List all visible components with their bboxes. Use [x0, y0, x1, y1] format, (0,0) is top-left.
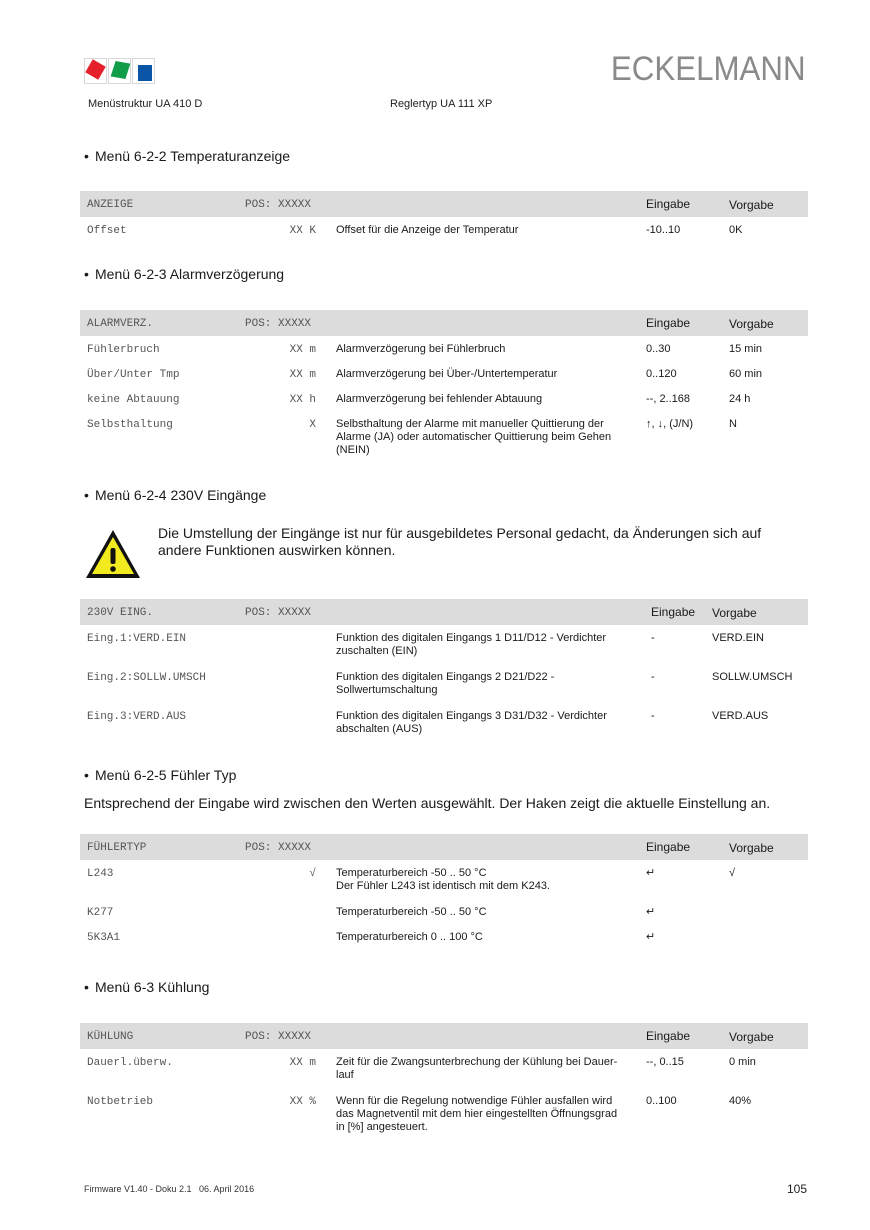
row-parameter-name: Offset: [87, 225, 127, 237]
row-vorgabe: VERD.AUS: [712, 710, 768, 722]
table-header: ALARMVERZ. POS: XXXXX Eingabe Vorgabe: [80, 310, 808, 336]
page-number: 105: [787, 1182, 807, 1196]
row-parameter-name: Dauerl.überw.: [87, 1057, 173, 1069]
header-position: POS: XXXXX: [245, 842, 311, 854]
row-description: Alarmverzögerung bei fehlender Abtauung: [336, 393, 626, 406]
table-header: KÜHLUNG POS: XXXXX Eingabe Vorgabe: [80, 1023, 808, 1049]
row-unit: XX %: [290, 1096, 316, 1108]
header-vorgabe: Vorgabe: [729, 1030, 774, 1044]
section-heading-6-2-5: •Menü 6-2-5 Fühler Typ: [84, 767, 236, 783]
table-header: 230V EING. POS: XXXXX Eingabe Vorgabe: [80, 599, 808, 625]
table-row: OffsetXX KOffset für die Anzeige der Tem…: [80, 217, 808, 242]
bullet-icon: •: [84, 767, 95, 783]
row-parameter-name: Notbetrieb: [87, 1096, 153, 1108]
row-eingabe: 0..120: [646, 368, 706, 381]
row-unit: XX m: [290, 344, 316, 356]
warning-icon: [84, 528, 142, 580]
eckelmann-logo-mark: [84, 58, 156, 84]
header-menu-name: ANZEIGE: [87, 199, 133, 211]
table-fuehlertyp: FÜHLERTYP POS: XXXXX Eingabe Vorgabe L24…: [80, 834, 808, 949]
row-description: Funktion des digitalen Eingangs 2 D21/D2…: [336, 671, 626, 697]
row-description: Funktion des digitalen Eingangs 1 D11/D1…: [336, 632, 626, 658]
row-eingabe: ↑, ↓, (J/N): [646, 418, 706, 431]
header-eingabe: Eingabe: [651, 606, 695, 619]
row-eingabe: 0..30: [646, 343, 706, 356]
table-header: ANZEIGE POS: XXXXX Eingabe Vorgabe: [80, 191, 808, 217]
section-heading-6-2-2: •Menü 6-2-2 Temperaturanzeige: [84, 148, 290, 164]
row-description: Funktion des digitalen Eingangs 3 D31/D3…: [336, 710, 626, 736]
row-vorgabe: VERD.EIN: [712, 632, 764, 644]
row-vorgabe: 15 min: [729, 343, 762, 355]
table-row: L243√Temperaturbereich -50 .. 50 °C Der …: [80, 860, 808, 899]
header-position: POS: XXXXX: [245, 199, 311, 211]
header-vorgabe: Vorgabe: [712, 606, 757, 620]
row-description: Wenn für die Regelung notwendige Fühler …: [336, 1095, 626, 1134]
brand-wordmark: ECKELMANN: [611, 50, 806, 89]
section-title: Menü 6-2-3 Alarmverzögerung: [95, 266, 284, 282]
row-vorgabe: N: [729, 418, 737, 430]
section-heading-6-3: •Menü 6-3 Kühlung: [84, 979, 209, 995]
row-eingabe: ↵: [646, 931, 706, 944]
bullet-icon: •: [84, 979, 95, 995]
row-unit: X: [309, 419, 316, 431]
section-heading-6-2-4: •Menü 6-2-4 230V Eingänge: [84, 487, 266, 503]
row-parameter-name: K277: [87, 907, 113, 919]
row-eingabe: --, 2..168: [646, 393, 706, 406]
row-description: Temperaturbereich -50 .. 50 °C: [336, 906, 626, 919]
footer-version: Firmware V1.40 - Doku 2.1 06. April 2016: [84, 1184, 254, 1194]
row-parameter-name: Selbsthaltung: [87, 419, 173, 431]
header-position: POS: XXXXX: [245, 318, 311, 330]
table-temperaturanzeige: ANZEIGE POS: XXXXX Eingabe Vorgabe Offse…: [80, 191, 808, 242]
row-unit: XX m: [290, 369, 316, 381]
table-row: FühlerbruchXX mAlarmverzögerung bei Fühl…: [80, 336, 808, 361]
row-vorgabe: 0 min: [729, 1056, 756, 1068]
row-description: Temperaturbereich 0 .. 100 °C: [336, 931, 626, 944]
table-row: NotbetriebXX %Wenn für die Regelung notw…: [80, 1088, 808, 1138]
header-menu-name: FÜHLERTYP: [87, 842, 146, 854]
header-eingabe: Eingabe: [646, 317, 690, 330]
table-row: Dauerl.überw.XX mZeit für die Zwangsunte…: [80, 1049, 808, 1088]
logo-red-tile: [84, 58, 107, 84]
header-menu-name: KÜHLUNG: [87, 1031, 133, 1043]
table-header: FÜHLERTYP POS: XXXXX Eingabe Vorgabe: [80, 834, 808, 860]
header-menu-name: ALARMVERZ.: [87, 318, 153, 330]
header-position: POS: XXXXX: [245, 1031, 311, 1043]
header-vorgabe: Vorgabe: [729, 317, 774, 331]
table-row: Eing.1:VERD.EINFunktion des digitalen Ei…: [80, 625, 808, 664]
section-intro-text: Entsprechend der Eingabe wird zwischen d…: [84, 795, 770, 811]
row-eingabe: -: [651, 671, 655, 684]
logo-blue-tile: [132, 58, 155, 84]
header-document-title: Menüstruktur UA 410 D: [88, 98, 202, 110]
header-controller-type: Reglertyp UA 111 XP: [390, 98, 492, 110]
row-eingabe: 0..100: [646, 1095, 706, 1108]
table-kuehlung: KÜHLUNG POS: XXXXX Eingabe Vorgabe Dauer…: [80, 1023, 808, 1138]
row-description: Zeit für die Zwangsunterbrechung der Küh…: [336, 1056, 626, 1082]
section-title: Menü 6-2-4 230V Eingänge: [95, 487, 266, 503]
row-parameter-name: Fühlerbruch: [87, 344, 160, 356]
row-eingabe: -: [651, 632, 655, 645]
row-unit: √: [309, 868, 316, 880]
row-parameter-name: Über/Unter Tmp: [87, 369, 179, 381]
row-parameter-name: keine Abtauung: [87, 394, 179, 406]
header-vorgabe: Vorgabe: [729, 841, 774, 855]
header-eingabe: Eingabe: [646, 198, 690, 211]
table-row: Über/Unter TmpXX mAlarmverzögerung bei Ü…: [80, 361, 808, 386]
row-description: Offset für die Anzeige der Temperatur: [336, 224, 626, 237]
table-alarmverzoegerung: ALARMVERZ. POS: XXXXX Eingabe Vorgabe Fü…: [80, 310, 808, 461]
row-description: Alarmverzögerung bei Über-/Untertemperat…: [336, 368, 626, 381]
row-vorgabe: SOLLW.UMSCH: [712, 671, 792, 683]
row-eingabe: --, 0..15: [646, 1056, 706, 1069]
section-title: Menü 6-2-2 Temperaturanzeige: [95, 148, 290, 164]
row-description: Selbsthaltung der Alarme mit manueller Q…: [336, 418, 626, 457]
row-eingabe: -: [651, 710, 655, 723]
logo-green-tile: [108, 58, 131, 84]
table-row: Eing.3:VERD.AUSFunktion des digitalen Ei…: [80, 703, 808, 742]
table-row: keine AbtauungXX hAlarmverzögerung bei f…: [80, 386, 808, 411]
section-heading-6-2-3: •Menü 6-2-3 Alarmverzögerung: [84, 266, 284, 282]
table-row: K277Temperaturbereich -50 .. 50 °C↵: [80, 899, 808, 924]
bullet-icon: •: [84, 266, 95, 282]
table-230v-eingaenge: 230V EING. POS: XXXXX Eingabe Vorgabe Ei…: [80, 599, 808, 742]
row-eingabe: ↵: [646, 867, 706, 880]
section-title: Menü 6-3 Kühlung: [95, 979, 209, 995]
row-description: Alarmverzögerung bei Fühlerbruch: [336, 343, 626, 356]
table-row: SelbsthaltungXSelbsthaltung der Alarme m…: [80, 411, 808, 461]
row-parameter-name: 5K3A1: [87, 932, 120, 944]
row-vorgabe: 24 h: [729, 393, 750, 405]
warning-text: Die Umstellung der Eingänge ist nur für …: [158, 525, 808, 559]
row-vorgabe: √: [729, 867, 735, 879]
bullet-icon: •: [84, 487, 95, 503]
row-unit: XX m: [290, 1057, 316, 1069]
header-eingabe: Eingabe: [646, 841, 690, 854]
row-vorgabe: 60 min: [729, 368, 762, 380]
header-vorgabe: Vorgabe: [729, 198, 774, 212]
header-position: POS: XXXXX: [245, 607, 311, 619]
table-row: Eing.2:SOLLW.UMSCHFunktion des digitalen…: [80, 664, 808, 703]
row-eingabe: ↵: [646, 906, 706, 919]
row-vorgabe: 40%: [729, 1095, 751, 1107]
row-vorgabe: 0K: [729, 224, 742, 236]
row-parameter-name: Eing.1:VERD.EIN: [87, 633, 186, 645]
section-title: Menü 6-2-5 Fühler Typ: [95, 767, 236, 783]
row-unit: XX h: [290, 394, 316, 406]
header-menu-name: 230V EING.: [87, 607, 153, 619]
table-row: 5K3A1Temperaturbereich 0 .. 100 °C↵: [80, 924, 808, 949]
bullet-icon: •: [84, 148, 95, 164]
header-eingabe: Eingabe: [646, 1030, 690, 1043]
row-description: Temperaturbereich -50 .. 50 °C Der Fühle…: [336, 867, 626, 893]
row-eingabe: -10..10: [646, 224, 706, 237]
row-parameter-name: Eing.2:SOLLW.UMSCH: [87, 672, 206, 684]
row-unit: XX K: [290, 225, 316, 237]
row-parameter-name: Eing.3:VERD.AUS: [87, 711, 186, 723]
row-parameter-name: L243: [87, 868, 113, 880]
